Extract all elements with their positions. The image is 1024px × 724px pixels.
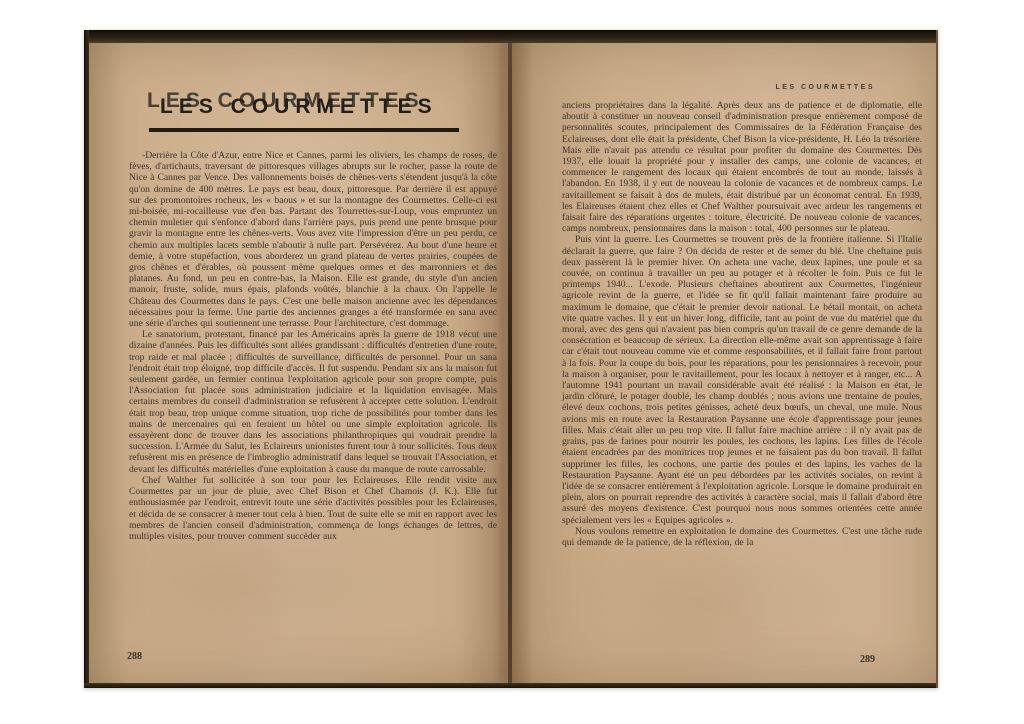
- page-number-left: 288: [127, 651, 142, 662]
- running-head: LES COURMETTES: [562, 84, 875, 91]
- left-page: LES COURMETTES LES COURMETTES -Derrière …: [89, 43, 508, 683]
- paragraph: Chef Walther fut sollicitée à son tour p…: [129, 475, 497, 542]
- chapter-title-text: LES COURMETTES: [160, 95, 438, 119]
- book-edge-top: [84, 30, 938, 43]
- left-page-text: -Derrière la Côte d'Azur, entre Nice et …: [129, 150, 497, 542]
- chapter-title: LES COURMETTES LES COURMETTES: [147, 89, 477, 139]
- book-edge-bottom: [84, 683, 938, 688]
- book-spread: LES COURMETTES LES COURMETTES -Derrière …: [84, 30, 938, 688]
- scan-background: LES COURMETTES LES COURMETTES -Derrière …: [0, 0, 1024, 724]
- page-number-right: 289: [562, 654, 875, 665]
- right-page-text: anciens propriétaires dans la légalité. …: [562, 100, 922, 548]
- right-page: LES COURMETTES anciens propriétaires dan…: [512, 43, 936, 683]
- title-underline: [149, 128, 459, 132]
- paragraph: Nous voulons remettre en exploitation le…: [562, 526, 922, 548]
- paragraph: anciens propriétaires dans la légalité. …: [562, 100, 922, 234]
- paragraph: -Derrière la Côte d'Azur, entre Nice et …: [129, 150, 497, 329]
- paragraph: Le sanatorium, protestant, financé par l…: [129, 329, 497, 475]
- book-edge-right: [936, 30, 938, 688]
- paragraph: Puis vint la guerre. Les Courmettes se t…: [562, 234, 922, 525]
